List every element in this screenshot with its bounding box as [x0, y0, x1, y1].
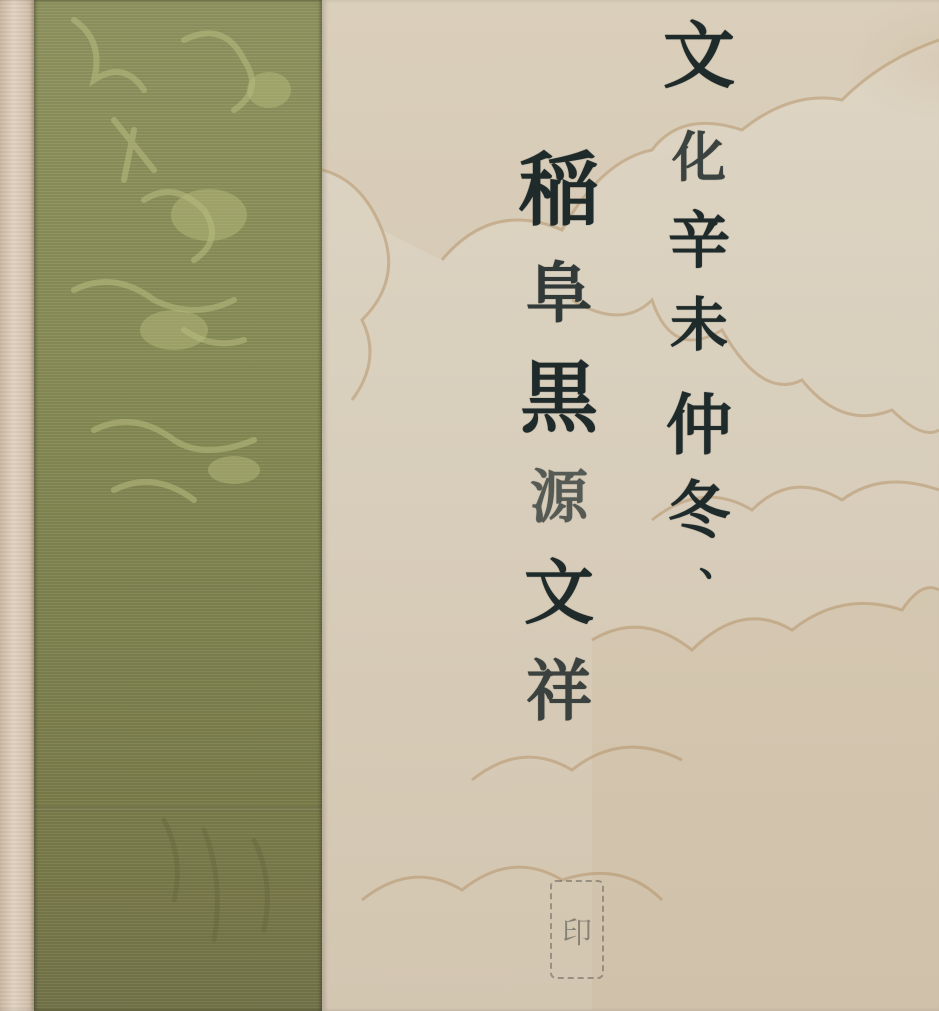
char: 未: [670, 296, 728, 354]
char: 文: [524, 558, 594, 628]
char: 辛: [668, 210, 730, 272]
char: 阜: [526, 260, 592, 326]
calligraphy-column-date: 文 化 辛 未 仲 冬 、: [644, 20, 754, 582]
calligraphy-column-signature: 稲 阜 黒 源 文 祥: [504, 150, 614, 724]
char: 化: [672, 130, 726, 184]
char: 文: [663, 20, 735, 92]
char: 稲: [519, 150, 599, 230]
char: 冬: [668, 480, 730, 542]
char: 祥: [526, 658, 592, 724]
seal-impression: 印: [550, 880, 604, 979]
char: 源: [530, 468, 588, 526]
paper-panel: 文 化 辛 未 仲 冬 、 稲 阜 黒 源 文 祥 印: [322, 0, 939, 1011]
silk-edge-strip: [0, 0, 34, 1011]
char: 仲: [666, 392, 732, 458]
brocade-border: [34, 0, 322, 1011]
scroll-photo: 文 化 辛 未 仲 冬 、 稲 阜 黒 源 文 祥 印: [0, 0, 939, 1011]
fabric-fold: [34, 806, 322, 812]
floral-damask-pattern: [34, 0, 322, 1011]
char: 黒: [520, 360, 598, 438]
seal-text: 印: [562, 908, 592, 952]
punctuation-mark: 、: [699, 542, 739, 582]
water-stains: [322, 0, 939, 1011]
